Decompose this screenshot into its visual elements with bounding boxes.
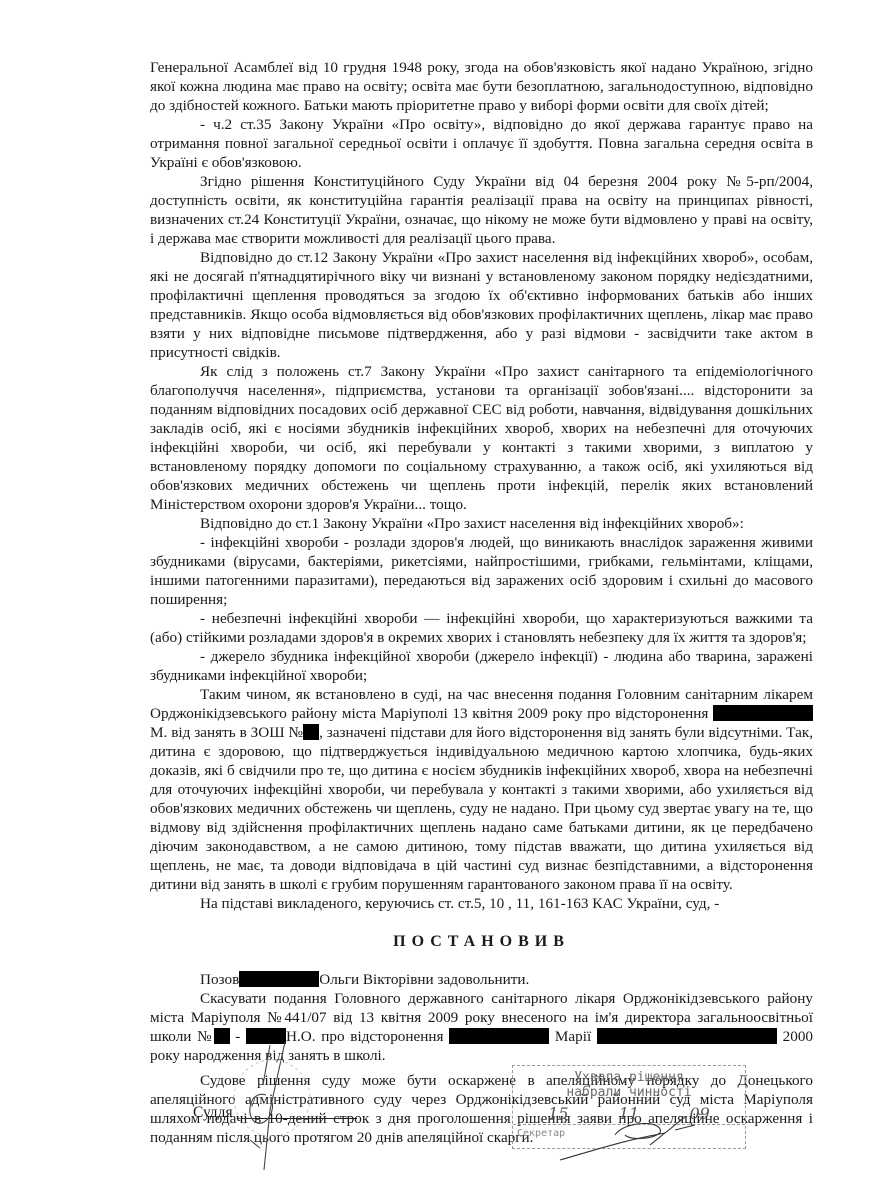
- paragraph: Згідно рішення Конституційного Суду Укра…: [150, 172, 813, 248]
- document-body: Генеральної Асамблеї від 10 грудня 1948 …: [150, 58, 813, 1147]
- redacted-school-number: [303, 724, 319, 740]
- judge-signature-icon: [230, 1040, 370, 1180]
- redacted-school-number: [214, 1028, 230, 1044]
- redacted-patronymic-birthdate: [597, 1028, 777, 1044]
- paragraph: - джерело збудника інфекційної хвороби (…: [150, 647, 813, 685]
- redacted-child-surname: [449, 1028, 549, 1044]
- paragraphs-top: Генеральної Асамблеї від 10 грудня 1948 …: [150, 58, 813, 685]
- claim-paragraph: ПозовОльги Вікторівни задовольнити.: [150, 970, 813, 989]
- paragraph: Відповідно до ст.1 Закону України «Про з…: [150, 514, 813, 533]
- paragraph: Генеральної Асамблеї від 10 грудня 1948 …: [150, 58, 813, 115]
- paragraph: Як слід з положень ст.7 Закону України «…: [150, 362, 813, 514]
- secretary-signature-icon: [555, 1115, 705, 1165]
- paragraph: - інфекційні хвороби - розлади здоров'я …: [150, 533, 813, 609]
- paragraph: Відповідно до ст.12 Закону України «Про …: [150, 248, 813, 362]
- redacted-surname: [239, 971, 319, 987]
- findings-paragraph: Таким чином, як встановлено в суді, на ч…: [150, 685, 813, 894]
- resolution-title: ПОСТАНОВИВ: [150, 932, 813, 951]
- paragraph: - небезпечні інфекційні хвороби — інфекц…: [150, 609, 813, 647]
- redacted-name: [713, 705, 813, 721]
- paragraph: - ч.2 ст.35 Закону України «Про освіту»,…: [150, 115, 813, 172]
- basis-paragraph: На підставі викладеного, керуючись ст. с…: [150, 894, 813, 913]
